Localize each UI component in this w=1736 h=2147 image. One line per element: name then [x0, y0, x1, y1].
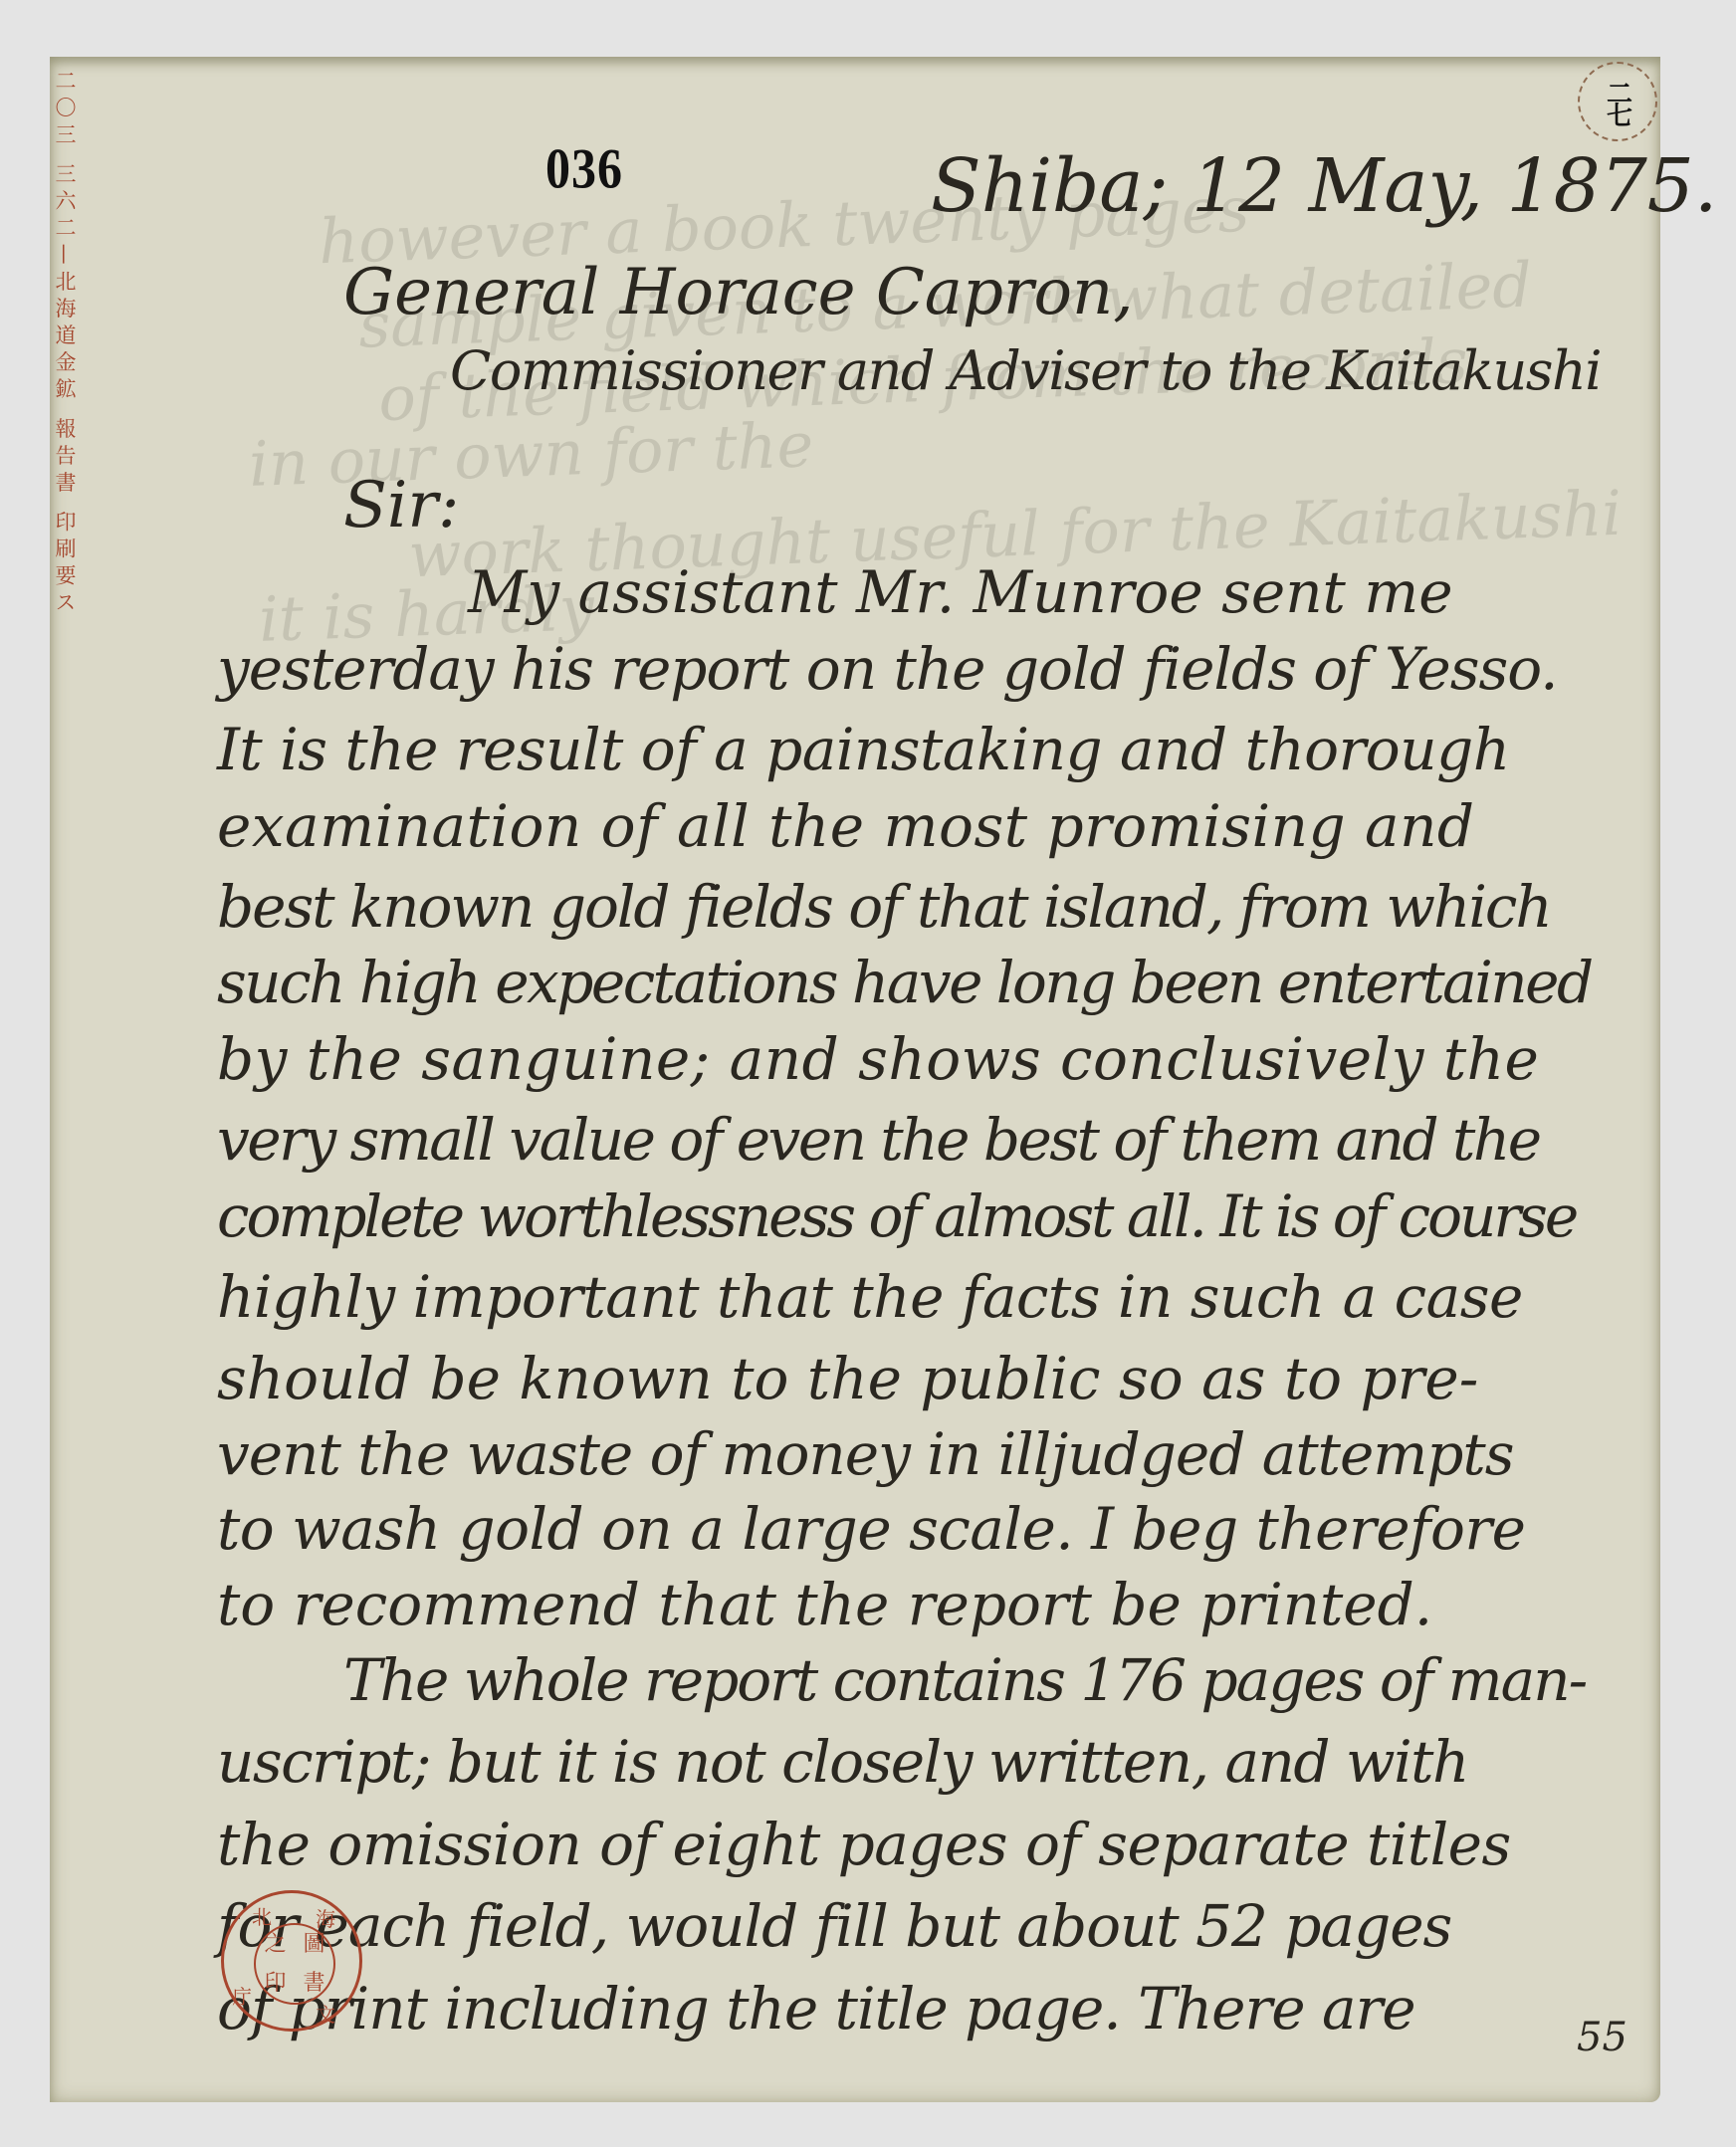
seal-char: 圖 [303, 1934, 325, 1956]
body-line: examination of all the most promising an… [217, 797, 1475, 855]
body-line: by the sanguine; and shows conclusively … [217, 1030, 1539, 1088]
seal-char: 印 [264, 1973, 286, 1995]
body-line: It is the result of a painstaking and th… [217, 721, 1510, 778]
body-line: very small value of even the best of the… [217, 1111, 1540, 1169]
archive-number: 036 [545, 135, 623, 202]
seal-char: 庁 [232, 1981, 252, 2010]
body-line: best known gold fields of that island, f… [217, 878, 1551, 936]
margin-annotation: 二〇三 三六二—北海道金鉱 報告書 印刷要ス [56, 70, 78, 618]
library-seal: 北 海 庁 文 之 圖 印 書 [221, 1890, 362, 2032]
salutation: Sir: [343, 474, 459, 537]
body-line: should be known to the public so as to p… [217, 1350, 1478, 1407]
addressee-title: Commissioner and Adviser to the Kaitakus… [450, 344, 1601, 398]
circled-folio-number: 二七 [1578, 62, 1657, 141]
addressee-name: General Horace Capron, [343, 261, 1134, 324]
body-line: for each field, would fill but about 52 … [217, 1897, 1451, 1955]
page-number: 55 [1577, 2015, 1627, 2060]
body-line: uscript; but it is not closely written, … [217, 1733, 1468, 1791]
seal-inner-ring: 之 圖 印 書 [254, 1923, 335, 2005]
body-line: highly important that the facts in such … [217, 1268, 1523, 1326]
seal-char: 書 [303, 1973, 325, 1995]
body-line: The whole report contains 176 pages of m… [343, 1651, 1586, 1709]
body-line: the omission of eight pages of separate … [217, 1816, 1511, 1873]
seal-char: 之 [264, 1934, 286, 1956]
body-line: to recommend that the report be printed. [217, 1576, 1432, 1633]
date-line: Shiba; 12 May, 1875. [931, 149, 1717, 223]
seal-char: 海 [316, 1903, 335, 1932]
body-line: complete worthlessness of almost all. It… [217, 1187, 1576, 1245]
body-line: yesterday his report on the gold fields … [217, 640, 1558, 698]
body-line: such high expectations have long been en… [217, 954, 1592, 1011]
body-line: vent the waste of money in illjudged att… [217, 1425, 1513, 1483]
body-line: My assistant Mr. Munroe sent me [468, 563, 1453, 621]
seal-char: 文 [316, 1999, 335, 2028]
body-line: to wash gold on a large scale. I beg the… [217, 1500, 1525, 1558]
body-line: of print including the title page. There… [217, 1980, 1415, 2038]
seal-char: 北 [252, 1901, 272, 1930]
